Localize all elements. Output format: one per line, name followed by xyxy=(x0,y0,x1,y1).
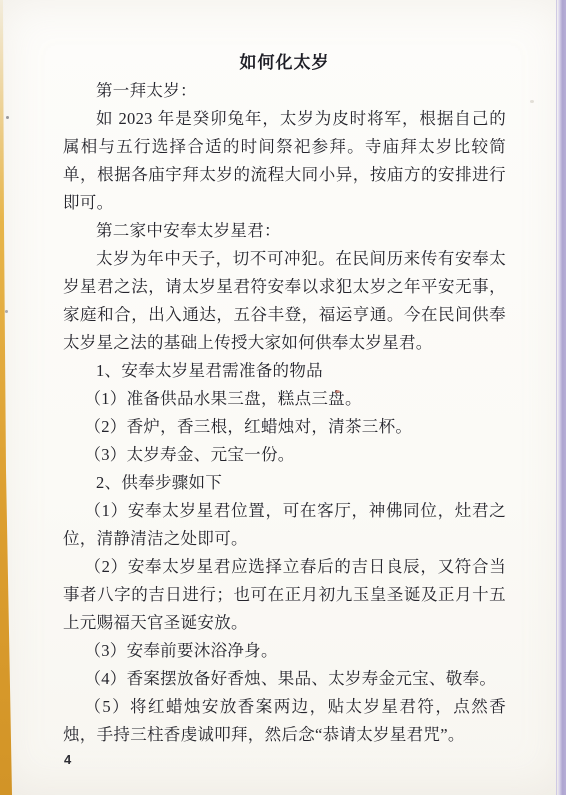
page-text-block: 如何化太岁 第一拜太岁： 如 2023 年是癸卯兔年，太岁为皮时将军，根据自己的… xyxy=(63,49,506,749)
section-heading-home-enshrine: 第二家中安奉太岁星君： xyxy=(63,217,506,245)
page-title: 如何化太岁 xyxy=(63,49,506,77)
items-list-item-3: （3）太岁寿金、元宝一份。 xyxy=(63,441,506,469)
scan-speckle xyxy=(530,100,534,103)
steps-list-item-1: （1）安奉太岁星君位置，可在客厅，神佛同位，灶君之位，清静清洁之处即可。 xyxy=(63,497,506,553)
enshrine-paragraph: 太岁为年中天子，切不可冲犯。在民间历来传有安奉太岁星君之法，请太岁星君符安奉以求… xyxy=(63,245,506,357)
items-list-item-2: （2）香炉，香三根，红蜡烛对，清茶三杯。 xyxy=(63,413,506,441)
list-heading-items-needed: 1、安奉太岁星君需准备的物品 xyxy=(63,357,506,385)
items-list-item-1: （1）准备供品水果三盘，糕点三盘。 xyxy=(63,385,506,413)
scanned-book-page: 如何化太岁 第一拜太岁： 如 2023 年是癸卯兔年，太岁为皮时将军，根据自己的… xyxy=(0,0,566,795)
steps-list-item-5: （5）将红蜡烛安放香案两边，贴太岁星君符，点然香烛，手持三柱香虔诚叩拜，然后念“… xyxy=(63,693,506,749)
list-heading-steps: 2、供奉步骤如下 xyxy=(63,469,506,497)
steps-list-item-3: （3）安奉前要沐浴净身。 xyxy=(63,637,506,665)
page-number: 4 xyxy=(64,752,71,767)
steps-list-item-2: （2）安奉太岁星君应选择立春后的吉日良辰，又符合当事者八字的吉日进行；也可在正月… xyxy=(63,553,506,637)
page-right-edge xyxy=(556,0,566,795)
intro-paragraph: 如 2023 年是癸卯兔年，太岁为皮时将军，根据自己的属相与五行选择合适的时间祭… xyxy=(63,105,506,217)
steps-list-item-4: （4）香案摆放备好香烛、果品、太岁寿金元宝、敬奉。 xyxy=(63,665,506,693)
section-heading-worship-taisui: 第一拜太岁： xyxy=(63,77,506,105)
book-spine-edge xyxy=(0,0,14,795)
